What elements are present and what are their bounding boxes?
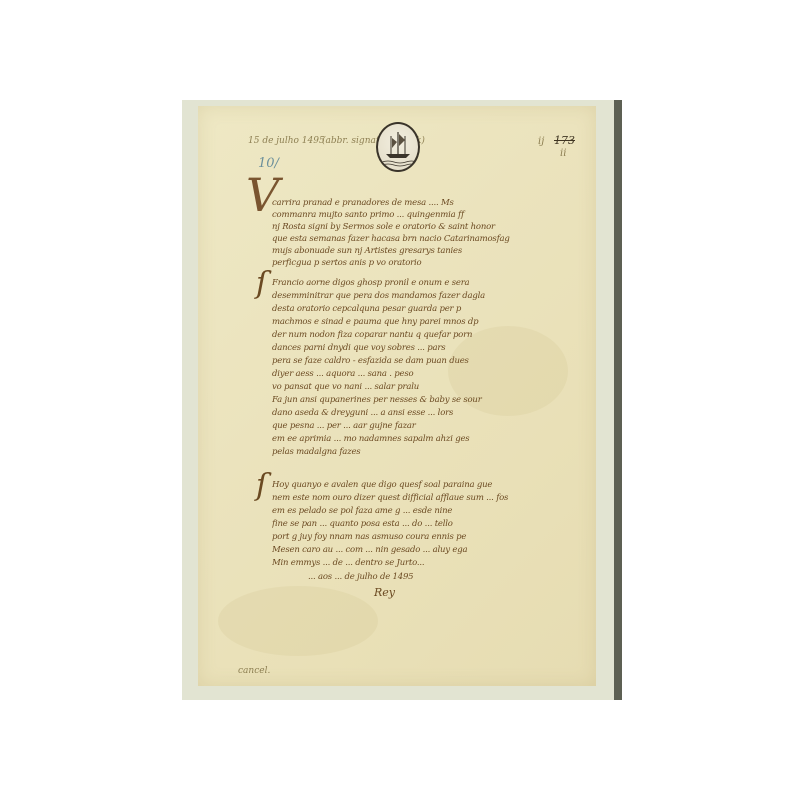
manuscript-line: desta oratorio cepcalquna pesar guarda p… — [272, 304, 572, 313]
paragraph-mark: ſ — [256, 468, 267, 503]
royal-signature: Rey — [374, 586, 395, 599]
manuscript-line: Fa jun ansi qupanerines per nesses & bab… — [272, 395, 572, 404]
manuscript-line: Min emmys ... de ... dentro se Jurto... — [272, 558, 572, 567]
ship-seal-stamp-icon — [376, 122, 420, 172]
manuscript-line: Francio aorne digos ghosp pronil e onum … — [272, 278, 572, 287]
manuscript-line: em es pelado se pol faza ame g ... esde … — [272, 506, 572, 515]
manuscript-line: que esta semanas fazer hacasa brn nacio … — [272, 234, 572, 243]
manuscript-line: diyer aess ... aquora ... sana . peso — [272, 369, 572, 378]
manuscript-line: pera se faze caldro - esfazida se dam pu… — [272, 356, 572, 365]
folio-prefix: ij — [538, 136, 544, 147]
manuscript-line: machmos e sinad e pauma que hny parei mn… — [272, 317, 572, 326]
mount-frame-edge — [614, 100, 622, 700]
paper-stain — [218, 586, 378, 656]
archival-mount: 15 de julho 1495 (abbr. signature mark) … — [182, 100, 615, 700]
manuscript-line: em ee aprimia ... mo nadamnes sapalm ahz… — [272, 434, 572, 443]
folio-number: 173 — [554, 134, 575, 147]
manuscript-line: port g juy foy nnam nas asmuso coura enn… — [272, 532, 572, 541]
manuscript-line: que pesna ... per ... aar gujne fazar — [272, 421, 572, 430]
manuscript-line: Mesen caro au ... com ... nin gesado ...… — [272, 545, 572, 554]
manuscript-line: commanra mujto santo primo ... quingenmi… — [272, 210, 572, 219]
closing-date-line: ... aos ... de julho de 1495 — [308, 572, 548, 581]
manuscript-line: desemminitrar que pera dos mandamos faze… — [272, 291, 572, 300]
manuscript-line: vo pansat que vo nani ... salar pralu — [272, 382, 572, 391]
manuscript-line: fine se pan ... quanto posa esta ... do … — [272, 519, 572, 528]
paragraph-mark: ſ — [256, 266, 267, 301]
manuscript-line: carrira pranad e pranadores de mesa ....… — [272, 198, 572, 207]
manuscript-page: 15 de julho 1495 (abbr. signature mark) … — [198, 106, 596, 686]
manuscript-line: mujs abonuade sun nj Artistes gresarys t… — [272, 246, 572, 255]
date-annotation: 15 de julho 1495 — [248, 136, 325, 146]
manuscript-line: nj Rosta signi by Sermos sole e oratorio… — [272, 222, 572, 231]
manuscript-line: dances parni dnydi que voy sobres ... pa… — [272, 343, 572, 352]
manuscript-line: pelas madalgna fazes — [272, 447, 472, 456]
folio-sub: ii — [560, 148, 566, 159]
manuscript-line: dano aseda & dreyguni ... a ansi esse ..… — [272, 408, 572, 417]
bottom-left-note: cancel. — [238, 666, 270, 676]
manuscript-line: Hoy quanyo e avalen que digo quesf soal … — [272, 480, 572, 489]
manuscript-line: der num nodon fiza coparar nantu q quefa… — [272, 330, 572, 339]
manuscript-line: nem este nom ouro dizer quest difficial … — [272, 493, 572, 502]
manuscript-line: perficgua p sertos anis p vo oratorio — [272, 258, 532, 267]
